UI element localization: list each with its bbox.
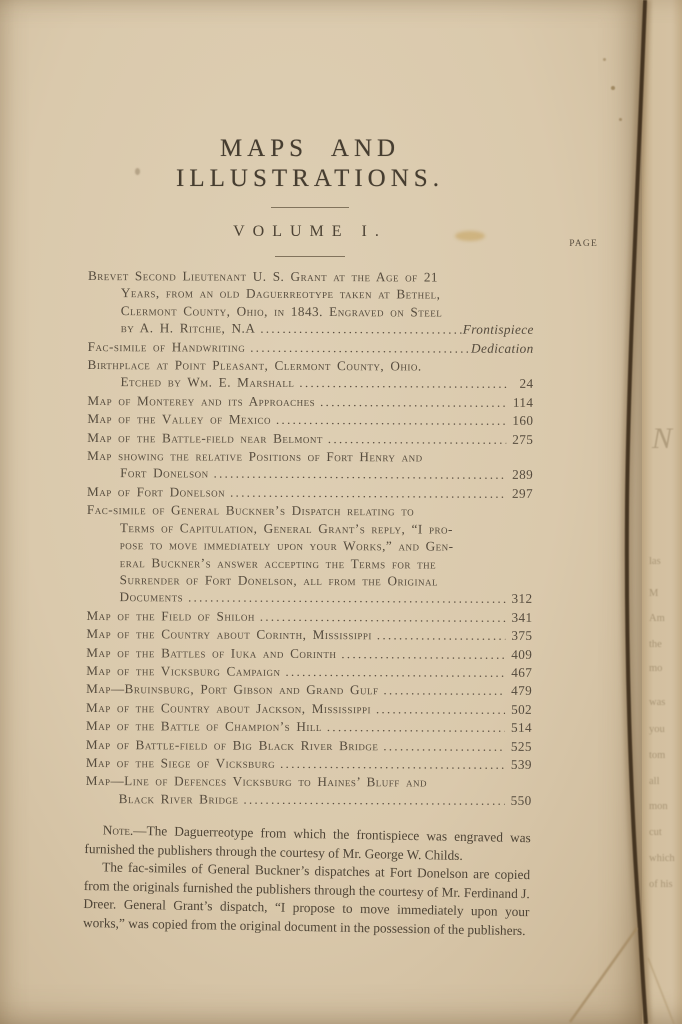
book-photo: MAPS AND ILLUSTRATIONS. VOLUME I. PAGE B… [0, 0, 682, 1024]
leader-dots: ........................................… [225, 484, 506, 503]
toc-row: Map of the Battle-field near Belmont....… [87, 429, 533, 449]
edge-text-fragment: the [649, 639, 662, 650]
toc-page-number: 409 [505, 645, 532, 663]
leader-dots: ........................................… [322, 719, 505, 737]
toc-row: Terms of Capitulation, General Grant’s r… [87, 519, 533, 538]
divider-rule [275, 256, 345, 257]
toc-page-number: 479 [505, 682, 532, 700]
edge-text-fragment: was [649, 697, 665, 708]
leader-dots: ........................................… [294, 375, 506, 393]
toc-text: Years, from an old Daguerreotype taken a… [88, 284, 441, 303]
footnote-text-1: —The Daguerreotype from which the fronti… [84, 823, 531, 863]
toc-text: Fac-simile of Handwriting [88, 338, 246, 356]
footnote-paragraph-2: The fac-similes of General Buckner’s dis… [83, 858, 530, 941]
toc-row: Map—Bruinsburg, Port Gibson and Grand Gu… [86, 680, 532, 700]
toc-row: Black River Bridge......................… [86, 790, 532, 810]
leader-dots: ........................................… [336, 646, 505, 664]
toc-row: Map—Line of Defences Vicksburg to Haines… [86, 772, 532, 791]
toc-page-number: 375 [505, 627, 532, 645]
toc-page-number: 289 [506, 466, 533, 484]
toc-text: Map of Battle-field of Big Black River B… [86, 736, 379, 755]
leader-dots: ........................................… [371, 701, 505, 719]
toc-text: Map of Monterey and its Approaches [87, 392, 315, 410]
toc-page-number: 275 [506, 430, 533, 448]
toc-row: Map of the Valley of Mexico.............… [87, 410, 533, 430]
volume-heading: VOLUME I. [88, 223, 532, 241]
edge-text-fragment: mo [649, 663, 662, 674]
toc-row: Map showing the relative Positions of Fo… [87, 447, 533, 466]
toc-text: Brevet Second Lieutenant U. S. Grant at … [88, 267, 438, 286]
page-column-label: PAGE [569, 239, 598, 249]
toc-row: by A. H. Ritchie, N.A...................… [88, 319, 534, 339]
leader-dots: ........................................… [280, 664, 505, 682]
toc-text: by A. H. Ritchie, N.A [88, 319, 256, 337]
leader-dots: ........................................… [255, 608, 506, 626]
toc-row: Years, from an old Daguerreotype taken a… [88, 284, 534, 303]
paper-speck [619, 118, 622, 121]
page-heading: MAPS AND ILLUSTRATIONS. VOLUME I. [88, 134, 532, 257]
book-page: MAPS AND ILLUSTRATIONS. VOLUME I. PAGE B… [0, 0, 646, 1024]
toc-row: pose to move immediately upon your Works… [87, 536, 533, 555]
edge-text-fragment: M [649, 588, 658, 599]
edge-text-fragment: tom [649, 750, 665, 761]
toc-row: Brevet Second Lieutenant U. S. Grant at … [88, 267, 534, 286]
toc-row: Map of the Siege of Vicksburg...........… [86, 754, 532, 774]
toc-text: Map showing the relative Positions of Fo… [87, 447, 423, 466]
toc-row: Fac-simile of General Buckner’s Dispatch… [87, 501, 533, 520]
toc-text: Clermont County, Ohio, in 1843. Engraved… [88, 302, 443, 321]
toc-text: Map of the Battles of Iuka and Corinth [86, 644, 336, 662]
toc-page-number: 114 [506, 394, 533, 412]
toc-page-number: Frontispiece [463, 321, 534, 339]
toc-text: Map of the Battle of Champion’s Hill [86, 717, 322, 735]
edge-text-fragment: cut [649, 827, 662, 838]
toc-row: Surrender of Fort Donelson, all from the… [87, 571, 533, 590]
toc-list: Brevet Second Lieutenant U. S. Grant at … [86, 267, 534, 810]
leader-dots: ........................................… [275, 756, 505, 774]
toc-page-number: 514 [505, 719, 532, 737]
page-content: MAPS AND ILLUSTRATIONS. VOLUME I. PAGE B… [0, 0, 646, 1024]
leader-dots: ........................................… [209, 466, 507, 485]
leader-dots: ........................................… [271, 412, 506, 430]
toc-row: Documents...............................… [87, 588, 533, 608]
toc-text: Map—Line of Defences Vicksburg to Haines… [86, 772, 427, 791]
paper-speck [603, 58, 606, 61]
toc-page-number: 467 [505, 664, 532, 682]
toc-text: Map of the Field of Shiloh [86, 607, 254, 625]
toc-text: Fort Donelson [87, 464, 209, 482]
toc-text: Map of the Valley of Mexico [87, 410, 271, 428]
toc-row: Map of the Country about Corinth, Missis… [86, 625, 532, 645]
toc-page-number: 525 [505, 737, 532, 755]
toc-text: Etched by Wm. E. Marshall [87, 373, 294, 391]
edge-text-fragment: all [649, 776, 660, 787]
toc-page-number: 341 [505, 609, 532, 627]
edge-text-fragment: Am [649, 613, 665, 624]
toc-page-number: 502 [505, 701, 532, 719]
toc-page-number: 550 [505, 792, 532, 810]
paper-speck [611, 86, 615, 90]
toc-page-number: 539 [505, 756, 532, 774]
toc-text: Map of the Vicksburg Campaign [86, 662, 280, 680]
page-title: MAPS AND ILLUSTRATIONS. [88, 134, 532, 194]
toc-text: Map of the Battle-field near Belmont [87, 429, 323, 447]
leader-dots: ........................................… [379, 683, 506, 701]
leader-dots: ........................................… [323, 431, 506, 449]
toc-row: Map of Fort Donelson....................… [87, 483, 533, 503]
toc-row: eral Buckner’s answer accepting the Term… [87, 553, 533, 572]
toc-row: Clermont County, Ohio, in 1843. Engraved… [88, 302, 534, 321]
edge-text-fragment: you [649, 724, 665, 735]
toc-row: Map of Battle-field of Big Black River B… [86, 736, 532, 756]
toc-page-number: 312 [506, 590, 533, 608]
toc-row: Map of the Battle of Champion’s Hill....… [86, 717, 532, 737]
toc-row: Etched by Wm. E. Marshall...............… [87, 373, 533, 393]
leader-dots: ........................................… [372, 627, 506, 645]
toc-text: Birthplace at Point Pleasant, Clermont C… [88, 356, 422, 375]
toc-text: Map of the Country about Jackson, Missis… [86, 699, 371, 718]
toc-text: Documents [87, 588, 184, 606]
toc-page-number: 160 [506, 412, 533, 430]
leader-dots: ........................................… [245, 339, 471, 357]
leader-dots: ........................................… [255, 321, 462, 339]
edge-text-fragment: las [649, 556, 661, 567]
footnote: Note.—The Daguerreotype from which the f… [83, 821, 531, 941]
toc-text: Map of Fort Donelson [87, 483, 225, 501]
toc-page-number: Dedication [471, 339, 534, 357]
toc-row: Fac-simile of Handwriting...............… [88, 338, 534, 358]
toc-text: eral Buckner’s answer accepting the Term… [87, 553, 436, 572]
toc-text: pose to move immediately upon your Works… [87, 536, 454, 555]
toc-row: Map of Monterey and its Approaches......… [87, 392, 533, 412]
leader-dots: ........................................… [315, 394, 506, 412]
toc-row: Fort Donelson...........................… [87, 464, 533, 484]
edge-text-fragment: which [649, 853, 675, 864]
next-page-edge: NlasMAmthemowasyoutomallmoncutwhichof hi… [642, 0, 682, 1024]
toc-page-number: 297 [506, 485, 533, 503]
footnote-label: Note. [103, 823, 134, 839]
toc-row: Map of the Vicksburg Campaign...........… [86, 662, 532, 682]
leader-dots: ........................................… [183, 590, 506, 609]
toc-text: Surrender of Fort Donelson, all from the… [87, 571, 438, 590]
toc-row: Birthplace at Point Pleasant, Clermont C… [88, 356, 534, 375]
edge-text-fragment: N [652, 422, 672, 456]
toc-text: Map—Bruinsburg, Port Gibson and Grand Gu… [86, 680, 378, 699]
toc-row: Map of the Battles of Iuka and Corinth..… [86, 644, 532, 664]
toc-page-number: 24 [506, 375, 533, 393]
edge-text-fragment: of his [649, 879, 673, 890]
edge-text-fragment: mon [649, 801, 668, 812]
divider-rule [271, 207, 349, 208]
toc-text: Map of the Country about Corinth, Missis… [86, 625, 372, 644]
toc-row: Map of the Country about Jackson, Missis… [86, 699, 532, 719]
toc-text: Map of the Siege of Vicksburg [86, 754, 275, 772]
toc-text: Black River Bridge [86, 790, 239, 808]
leader-dots: ........................................… [378, 738, 505, 756]
toc-text: Fac-simile of General Buckner’s Dispatch… [87, 501, 414, 520]
leader-dots: ........................................… [238, 791, 504, 810]
toc-text: Terms of Capitulation, General Grant’s r… [87, 519, 453, 538]
toc-row: Map of the Field of Shiloh..............… [86, 607, 532, 627]
